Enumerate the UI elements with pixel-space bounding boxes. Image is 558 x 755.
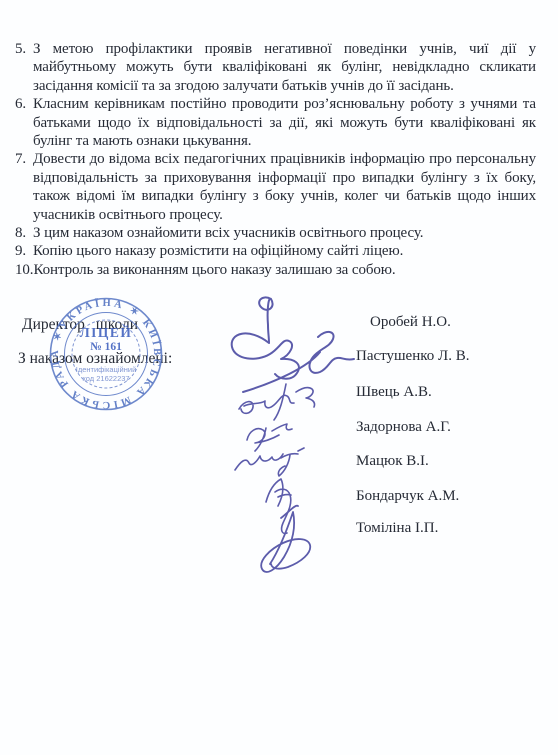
signatory-name: Швець А.В. xyxy=(356,384,432,401)
signatory-name: Пастушенко Л. В. xyxy=(356,348,469,365)
signature-zadornova xyxy=(247,424,292,451)
signatory-name: Задорнова А.Г. xyxy=(356,419,451,436)
signature-bondarchuk xyxy=(266,479,291,533)
order-item: 10. Контроль за виконанням цього наказу … xyxy=(15,261,536,279)
item-number: 5. xyxy=(15,40,33,95)
item-number: 10. xyxy=(15,261,33,279)
signature-tomilina xyxy=(261,506,310,572)
signature-pastushenko xyxy=(243,332,354,392)
item-text: Контроль за виконанням цього наказу зали… xyxy=(33,261,536,279)
order-text-block: 5. З метою профілактики проявів негативн… xyxy=(15,40,536,279)
stamp-center-line2: № 161 xyxy=(90,341,122,353)
item-text: Довести до відома всіх педагогічних прац… xyxy=(33,150,536,224)
signature-matsiuk xyxy=(235,448,304,476)
item-number: 6. xyxy=(15,95,33,150)
signatory-name: Томіліна І.П. xyxy=(356,520,438,537)
item-number: 7. xyxy=(15,150,33,224)
stamp-id-line2: код 21622237 xyxy=(82,374,129,383)
order-item: 6. Класним керівникам постійно проводити… xyxy=(15,95,536,150)
item-number: 8. xyxy=(15,224,33,242)
signatory-name: Бондарчук А.М. xyxy=(356,488,459,505)
item-number: 9. xyxy=(15,242,33,260)
signatory-name: Оробей Н.О. xyxy=(370,314,451,331)
stamp-center-line1: ЛІЦЕЙ xyxy=(80,325,133,340)
official-stamp: УКРАЇНА ✶ КИЇВСЬКА МІСЬКА РАДА ✶ ЛІЦЕЙ №… xyxy=(31,279,181,429)
item-text: З цим наказом ознайомити всіх учасників … xyxy=(33,224,536,242)
order-item: 9. Копію цього наказу розмістити на офіц… xyxy=(15,242,536,260)
item-text: З метою профілактики проявів негативної … xyxy=(33,40,536,95)
order-item: 8. З цим наказом ознайомити всіх учасник… xyxy=(15,224,536,242)
svg-text:УКРАЇНА ✶ КИЇВСЬКА МІСЬКА РАДА: УКРАЇНА ✶ КИЇВСЬКА МІСЬКА РАДА ✶ xyxy=(50,296,163,410)
item-text: Класним керівникам постійно проводити ро… xyxy=(33,95,536,150)
order-item: 5. З метою профілактики проявів негативн… xyxy=(15,40,536,95)
stamp-id-line1: Ідентифікаційний xyxy=(76,365,137,374)
stamp-ring-text: УКРАЇНА ✶ КИЇВСЬКА МІСЬКА РАДА ✶ xyxy=(50,296,163,410)
item-text: Копію цього наказу розмістити на офіційн… xyxy=(33,242,536,260)
order-item: 7. Довести до відома всіх педагогічних п… xyxy=(15,150,536,224)
scanned-order-page: 5. З метою профілактики проявів негативн… xyxy=(0,0,558,755)
signature-shvets xyxy=(239,384,315,420)
signatory-name: Мацюк В.І. xyxy=(356,453,429,470)
signature-orobey xyxy=(232,297,299,378)
